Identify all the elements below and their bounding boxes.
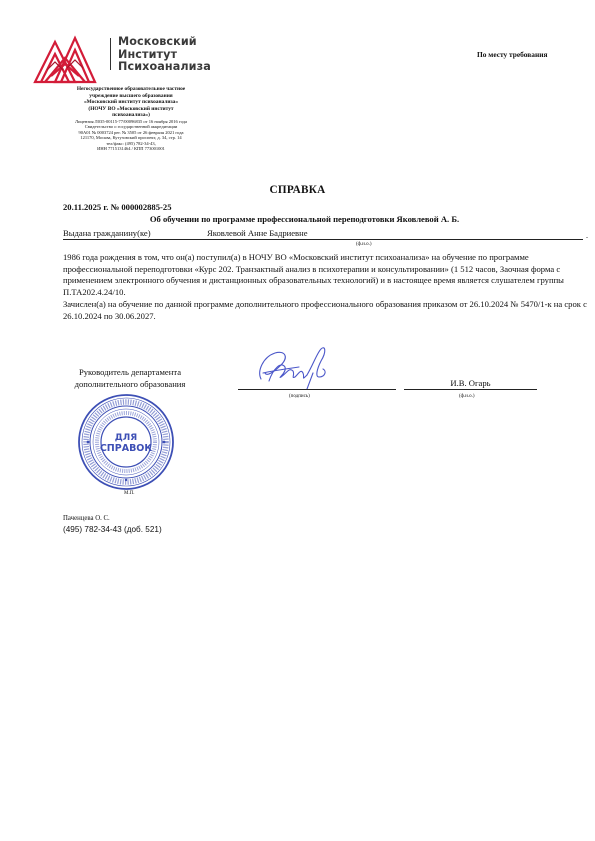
- signer-name-line: [404, 389, 537, 390]
- logo-wordmark: Московский Институт Психоанализа: [118, 36, 211, 74]
- logo-line: Психоанализа: [118, 61, 211, 74]
- body-paragraph: 1986 года рождения в том, что он(а) пост…: [63, 252, 588, 298]
- issued-name: Яковлевой Анне Бадриевне: [207, 228, 308, 238]
- issued-end: .: [586, 231, 588, 240]
- executor-phone: (495) 782-34-43 (доб. 521): [63, 525, 162, 534]
- stamp-text: ДЛЯ: [115, 433, 137, 443]
- handwritten-signature-icon: [255, 343, 335, 393]
- document-body: 1986 года рождения в том, что он(а) пост…: [63, 252, 588, 323]
- org-name-line: Негосударственное образовательное частно…: [55, 86, 207, 93]
- fio-caption: (ф.и.о.): [356, 242, 372, 247]
- signature-caption: (подпись): [289, 394, 310, 399]
- round-seal-stamp-icon: ДЛЯ СПРАВОК: [76, 392, 176, 492]
- document-subject: Об обучении по программе профессионально…: [0, 214, 595, 224]
- organization-details: Негосударственное образовательное частно…: [55, 86, 207, 152]
- issued-underline: [63, 239, 583, 240]
- date-and-number: 20.11.2025 г. № 000002885-25: [63, 202, 172, 212]
- document-title: СПРАВКА: [0, 184, 595, 196]
- logo-divider: [110, 38, 111, 70]
- stamp-text: СПРАВОК: [100, 443, 153, 454]
- signature-line: [238, 389, 396, 390]
- signer-role: Руководитель департамента дополнительног…: [60, 367, 200, 390]
- org-detail-line: ИНН 7715131464 / КПП 773001001: [55, 146, 207, 152]
- stamp-place-label: М.П.: [124, 491, 135, 496]
- issued-label: Выдана гражданину(ке): [63, 228, 151, 238]
- signer-name: И.В. Огарь: [404, 378, 537, 388]
- issued-to-row: Выдана гражданину(ке) Яковлевой Анне Бад…: [63, 228, 588, 240]
- logo-line: Московский: [118, 36, 211, 49]
- role-line: Руководитель департамента: [60, 367, 200, 379]
- role-line: дополнительного образования: [60, 379, 200, 391]
- executor-name: Паченцева О. С.: [63, 515, 110, 522]
- body-paragraph: Зачислен(а) на обучение по данной програ…: [63, 299, 588, 322]
- triangle-knot-logo-icon: [31, 32, 99, 84]
- destination: По месту требования: [477, 50, 547, 59]
- signer-caption: (ф.и.о.): [459, 394, 475, 399]
